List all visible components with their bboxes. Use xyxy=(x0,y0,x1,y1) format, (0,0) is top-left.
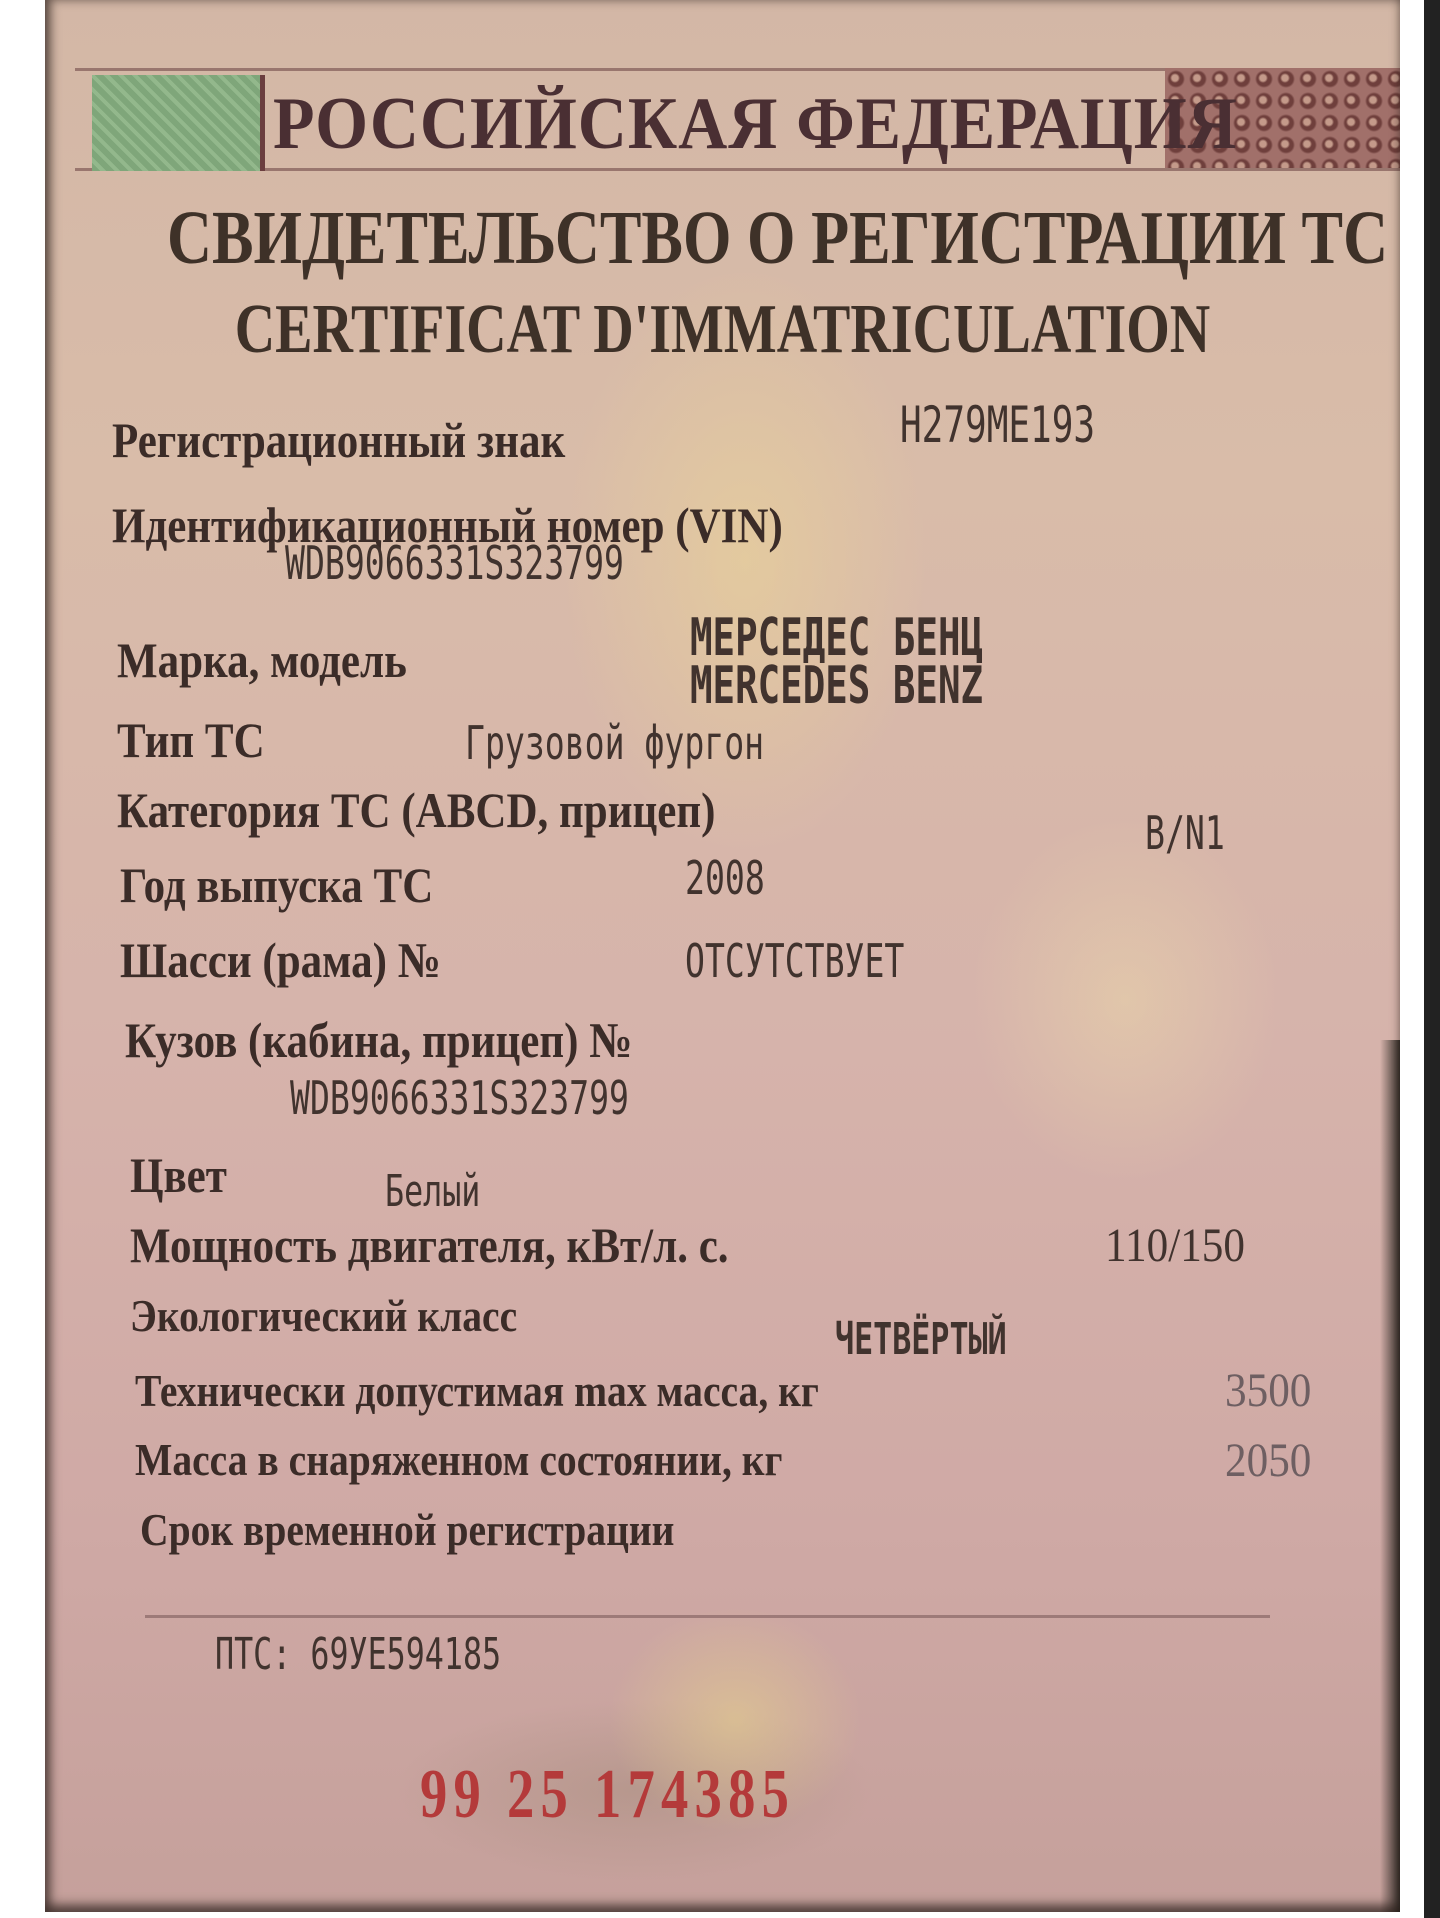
reg-sign-label: Регистрационный знак xyxy=(112,415,565,465)
divider-line xyxy=(145,1615,1270,1618)
color-value: Белый xyxy=(385,1170,480,1214)
curb-mass-label: Масса в снаряженном состоянии, кг xyxy=(135,1437,783,1483)
registration-certificate-photo: РОССИЙСКАЯ ФЕДЕРАЦИЯ СВИДЕТЕЛЬСТВО О РЕГ… xyxy=(45,0,1400,1912)
engine-power-value: 110/150 xyxy=(1105,1222,1245,1270)
pts-number: ПТС: 69УЕ594185 xyxy=(215,1633,501,1677)
temp-registration-label: Срок временной регистрации xyxy=(140,1507,674,1553)
eco-class-label: Экологический класс xyxy=(130,1293,517,1339)
serial-number: 99 25 174385 xyxy=(420,1755,795,1835)
vin-value: WDB9066331S323799 xyxy=(285,540,624,586)
reg-sign-value: Н279МЕ193 xyxy=(900,400,1095,450)
color-label: Цвет xyxy=(130,1150,227,1200)
chassis-value: ОТСУТСТВУЕТ xyxy=(685,938,904,984)
green-guilloche-emblem xyxy=(92,75,265,171)
country-header: РОССИЙСКАЯ ФЕДЕРАЦИЯ xyxy=(273,78,1092,170)
body-value: WDB9066331S323799 xyxy=(290,1075,629,1121)
category-value: B/N1 xyxy=(1145,810,1225,856)
category-label: Категория ТС (ABCD, прицеп) xyxy=(117,785,715,835)
year-value: 2008 xyxy=(685,855,765,901)
vehicle-type-value: Грузовой фургон xyxy=(465,720,764,766)
max-mass-label: Технически допустимая max масса, кг xyxy=(135,1368,819,1414)
title-french: CERTIFICAT D'IMMATRICULATION xyxy=(181,290,1265,370)
make-model-value-en: MERCEDES BENZ xyxy=(690,660,983,712)
vehicle-type-label: Тип ТС xyxy=(117,715,265,765)
curb-mass-value: 2050 xyxy=(1225,1437,1311,1485)
body-label: Кузов (кабина, прицеп) № xyxy=(125,1015,632,1065)
title-russian: СВИДЕТЕЛЬСТВО О РЕГИСТРАЦИИ ТС xyxy=(167,195,1278,282)
chassis-label: Шасси (рама) № xyxy=(120,935,441,985)
year-label: Год выпуска ТС xyxy=(120,860,433,910)
background-dark-edge xyxy=(1380,1040,1400,1912)
engine-power-label: Мощность двигателя, кВт/л. с. xyxy=(130,1220,729,1270)
eco-class-value: ЧЕТВЁРТЫЙ xyxy=(835,1318,1007,1362)
max-mass-value: 3500 xyxy=(1225,1367,1311,1415)
window-edge-strip xyxy=(1424,0,1440,1918)
make-model-label: Марка, модель xyxy=(117,635,407,685)
